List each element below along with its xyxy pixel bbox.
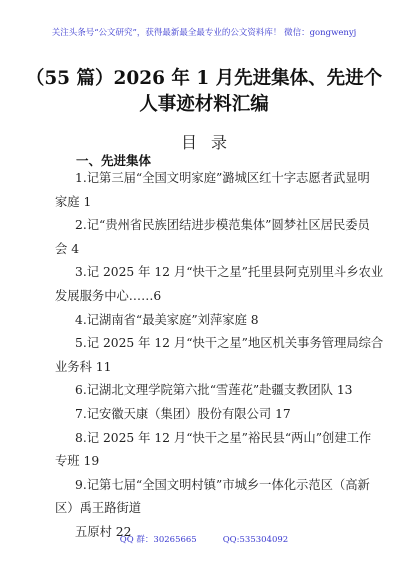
toc-entry-8-line-1[interactable]: 8.记 2025 年 12 月“快干之星”裕民县“两山”创建工作 [55, 427, 355, 451]
toc-entry-1-line-1[interactable]: 1.记第三届“全国文明家庭”潞城区红十字志愿者武显明 [55, 167, 355, 191]
toc-entry-9-line-1[interactable]: 9.记第七届“全国文明村镇”市城乡一体化示范区（高新 [55, 474, 355, 498]
toc-entry-3-line-1[interactable]: 3.记 2025 年 12 月“快干之星”托里县阿克别里斗乡农业 [55, 261, 355, 285]
toc-entry-5-line-2[interactable]: 业务科 11 [55, 356, 355, 380]
footer-qq: QQ:535304092 [223, 535, 288, 545]
toc-entry-1-line-2[interactable]: 家庭 1 [55, 191, 355, 215]
toc-entry-9-line-2[interactable]: 区）禹王路街道 [55, 497, 355, 521]
document-title-line-1: （55 篇）2026 年 1 月先进集体、先进个 [20, 66, 388, 92]
document-title-line-2: 人事迹材料汇编 [20, 92, 388, 118]
toc-entry-2-line-2[interactable]: 会 4 [55, 238, 355, 262]
toc-entry-4[interactable]: 4.记湖南省“最美家庭”刘萍家庭 8 [55, 309, 355, 333]
toc-entry-2-line-1[interactable]: 2.记“贵州省民族团结进步模范集体”圆梦社区居民委员 [55, 214, 355, 238]
footer-contact: QQ 群：30265665QQ:535304092 [0, 533, 408, 545]
footer-qq-group: QQ 群：30265665 [120, 535, 197, 545]
header-promo-note: 关注头条号“公文研究”，获得最新最全最专业的公文资料库！ 微信：gongweny… [0, 26, 408, 38]
toc-list: 1.记第三届“全国文明家庭”潞城区红十字志愿者武显明 家庭 1 2.记“贵州省民… [55, 167, 355, 545]
toc-heading: 目录 [0, 130, 408, 153]
document-title: （55 篇）2026 年 1 月先进集体、先进个 人事迹材料汇编 [20, 66, 388, 118]
toc-entry-6[interactable]: 6.记湖北文理学院第六批“雪莲花”赴疆支教团队 13 [55, 379, 355, 403]
toc-entry-7[interactable]: 7.记安徽天康（集团）股份有限公司 17 [55, 403, 355, 427]
toc-entry-8-line-2[interactable]: 专班 19 [55, 450, 355, 474]
toc-entry-5-line-1[interactable]: 5.记 2025 年 12 月“快干之星”地区机关事务管理局综合 [55, 332, 355, 356]
toc-entry-3-line-2[interactable]: 发展服务中心……6 [55, 285, 355, 309]
